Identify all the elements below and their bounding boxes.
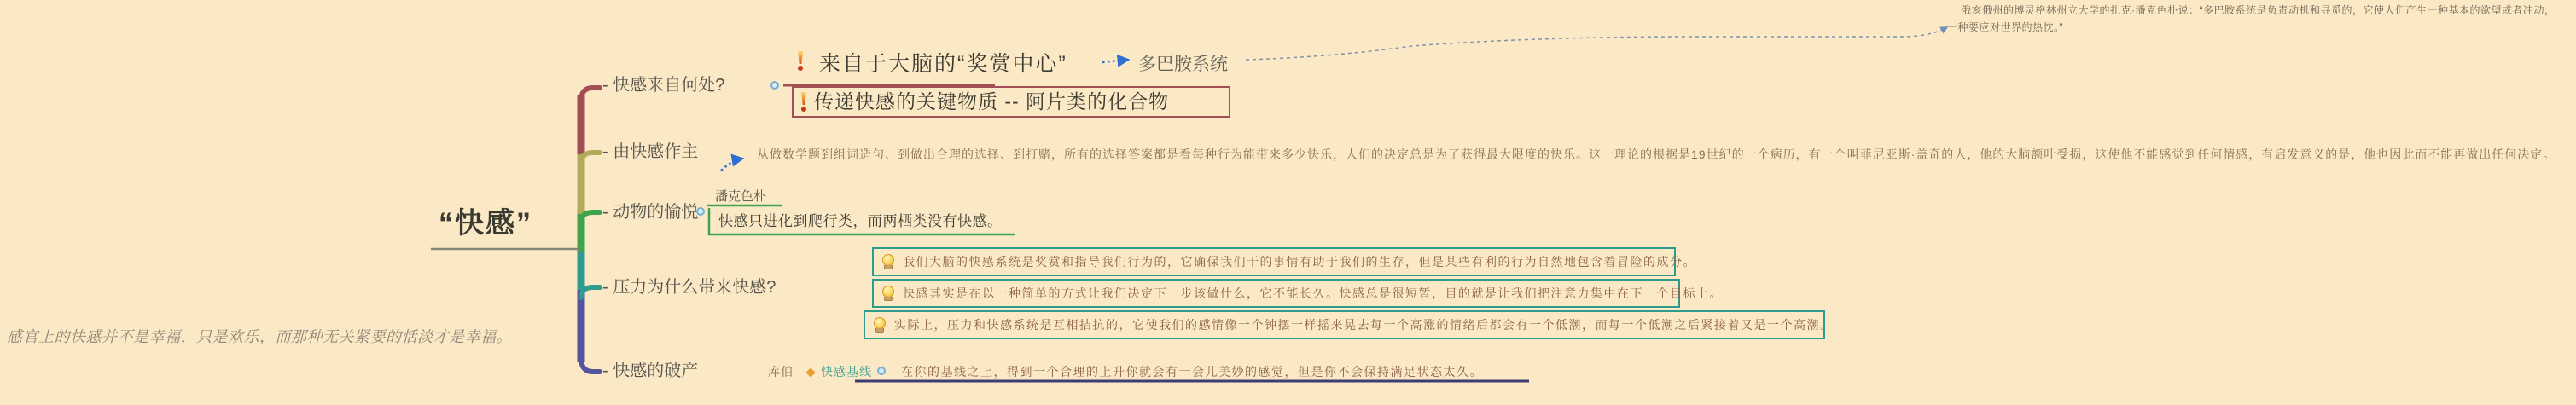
branch-label-bankruptcy-of-pleasure[interactable]: - 快感的破产 [602,362,698,381]
node-baseline-note[interactable]: 在你的基线之上，得到一个合理的上升你就会有一会儿美妙的感觉，但是你不会保持满足状… [901,365,1483,379]
stress-bullet-box-1[interactable]: 我们大脑的快感系统是奖赏和指导我们行为的，它确保我们干的事情有助于我们的生存，但… [872,247,1676,276]
elbow-branch3 [581,212,600,223]
elbow-branch2 [581,153,600,164]
node-evolution-note[interactable]: 快感只进化到爬行类，而两栖类没有快感。 [718,213,1003,230]
node-person-cooper[interactable]: 库伯 [768,365,794,379]
node-scientist-panksepp[interactable]: 潘克色朴 [715,189,766,204]
branch-label-why-stress-brings-pleasure[interactable]: - 压力为什么带来快感? [602,278,776,298]
stress-bullet-box-3[interactable]: 实际上，压力和快感系统是互相拮抗的，它使我们的感情像一个钟摆一样摇来晃去每一个高… [864,310,1825,339]
lightbulb-icon [874,317,886,333]
branch-label-animal-pleasure[interactable]: - 动物的愉悦 [602,203,698,223]
lightbulb-icon [882,254,894,269]
stress-bullet-text-2: 快感其实是在以一种简单的方式让我们决定下一步该做什么，它不能长久。快感总是很短暂… [903,286,1723,300]
node-pleasure-baseline[interactable]: 快感基线 [821,365,872,379]
node-dopamine-system[interactable]: 多巴胺系统 [1138,55,1228,75]
annotation-callout-line [1246,27,1947,60]
stress-bullet-box-2[interactable]: 快感其实是在以一种简单的方式让我们决定下一步该做什么，它不能长久。快感总是很短暂… [872,279,1680,308]
dopamine-arrow [1102,60,1128,62]
node-key-substance-label: 传递快感的关键物质 -- 阿片类的化合物 [814,90,1169,113]
lightbulb-icon [882,286,894,301]
node-key-substance-box[interactable]: 传递快感的关键物质 -- 阿片类的化合物 [792,86,1230,118]
node-pleasure-decides-paragraph[interactable]: 从做数学题到组词造句、到做出合理的选择、到打赌，所有的选择答案都是看每种行为能带… [757,148,2556,161]
exclamation-icon [800,92,807,112]
annotation-quote-line2[interactable]: 一种要应对世界的热忱。” [1947,22,2063,34]
central-topic[interactable]: “快感” [439,207,532,240]
collapse-toggle-icon[interactable] [877,367,886,375]
stress-bullet-text-1: 我们大脑的快感系统是奖赏和指导我们行为的，它确保我们干的事情有助于我们的生存，但… [903,255,1696,269]
stress-bullet-text-3: 实际上，压力和快感系统是互相拮抗的，它使我们的感情像一个钟摆一样摇来晃去每一个高… [894,318,1834,332]
diamond-icon [805,367,815,377]
side-note[interactable]: 感官上的快感并不是幸福，只是欢乐，而那种无关紧要的恬淡才是幸福。 [7,329,512,347]
branch-label-where-pleasure-comes-from[interactable]: - 快感来自何处? [602,76,724,95]
mindmap-canvas: “快感” - 快感来自何处? 来自于大脑的“奖赏中心” 多巴胺系统 传递快感的关… [0,0,2576,405]
elbow-branch1 [581,88,600,101]
branch-label-pleasure-decides[interactable]: - 由快感作主 [602,142,698,162]
exclamation-icon [797,51,804,71]
node-reward-center[interactable]: 来自于大脑的“奖赏中心” [819,52,1067,77]
collapse-toggle-icon[interactable] [770,81,779,90]
collapse-toggle-icon[interactable] [696,207,705,216]
elbow-branch5 [581,358,600,372]
pleasure-decides-arrow [721,159,742,171]
elbow-branch4 [581,287,600,298]
annotation-quote-line1[interactable]: 俄亥俄州的博灵格林州立大学的扎克·潘克色朴说：“多巴胺系统是负责动机和寻觅的，它… [1961,5,2556,17]
